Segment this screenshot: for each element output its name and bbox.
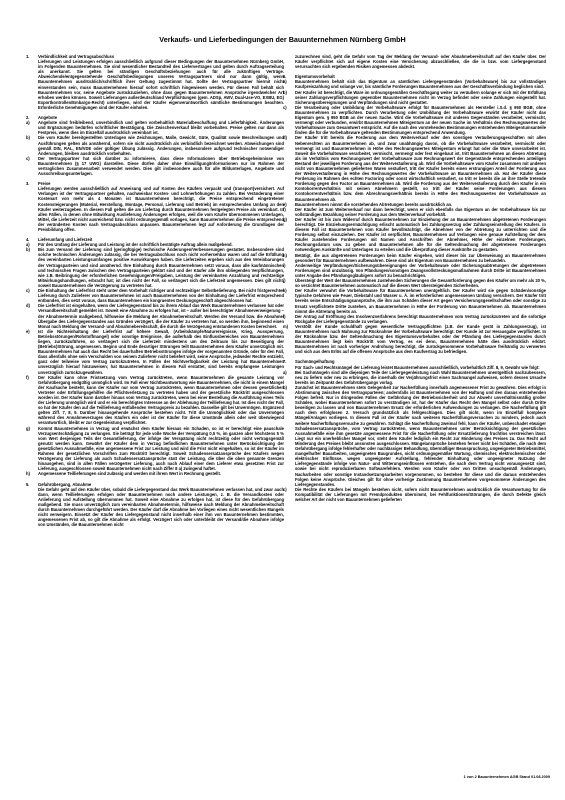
clause-text: Die vom Käufer bereitgestellten Unterlag… xyxy=(38,135,284,155)
clause-label: b) xyxy=(283,385,295,487)
clause-text: Der Antrag auf Eröffnung des Insolvenzve… xyxy=(295,314,546,324)
clause-label: h) xyxy=(283,253,295,263)
clause-text: Übersteigt der Wert der Bauunternehmen z… xyxy=(295,278,546,288)
clause-item: k)Der Käufer verwahrt die Vorbehaltsware… xyxy=(283,288,546,313)
clause-label: h) xyxy=(26,471,38,476)
clause-text: Kommt Bauunternehmen in Verzug und erwäc… xyxy=(38,426,284,472)
clause-text: Betätigt, die aus abgetretenen Forderung… xyxy=(295,253,546,263)
section-number: 5. xyxy=(26,482,38,487)
clause-item: j)Übersteigt der Wert der Bauunternehmen… xyxy=(283,278,546,288)
clause-label: b) xyxy=(26,135,38,155)
clause-text: Anderweitige Verpfändungen/Sicherungsübe… xyxy=(295,263,546,278)
clause-label: m) xyxy=(283,324,295,355)
clause-label: k) xyxy=(283,288,295,313)
section-paragraph: Die Gefahr geht auf den Käufer über, sob… xyxy=(26,487,284,528)
clause-text: Bauunternehmen behält sich das Eigentum … xyxy=(295,79,546,89)
clause-label: c) xyxy=(26,288,38,303)
section-7: 7.SachmängelhaftungFür Sach- und Rechtsm… xyxy=(283,359,546,502)
section-number: 7. xyxy=(283,359,295,364)
clause-label: d) xyxy=(26,303,38,328)
clause-label: j) xyxy=(283,278,295,288)
clause-text: Die Rechte des Käufers bei Mängeln beste… xyxy=(295,487,546,502)
clause-text: Bei Sachmängeln sind alle diejenigen Tei… xyxy=(295,370,546,385)
clause-text: Der Vertragspartner hat sich darüber zu … xyxy=(38,156,284,176)
clause-text: Der Käufer verwahrt die Vorbehaltsware f… xyxy=(295,288,546,313)
clause-item: h)Betätigt, die aus abgetretenen Forderu… xyxy=(283,253,546,263)
clause-item: g)Der Käufer ist bis zum Widerruf durch … xyxy=(283,217,546,253)
clause-text: Die Einhaltung der Lieferfrist steht unt… xyxy=(38,288,284,303)
clause-text: Der Käufer kann ohne Fristsetzung vom Ve… xyxy=(38,375,284,426)
clause-item: d)Die Lieferfrist ist eingehalten, wenn … xyxy=(26,303,284,328)
clause-item: c)Der Vertragspartner hat sich darüber z… xyxy=(26,156,284,176)
continuation-paragraph: zuzurechnen sind, geht die Gefahr vom Ta… xyxy=(283,54,546,69)
section-5: 5.Gefahrübergang, AbnahmeDie Gefahr geht… xyxy=(26,482,284,528)
clause-item: c)Die Einhaltung der Lieferfrist steht u… xyxy=(26,288,284,303)
clause-item: f)Der Käufer ist zum Weiterverkauf nur d… xyxy=(283,207,546,217)
clause-label: b) xyxy=(283,90,295,105)
clause-text: Zunächst ist Bauunternehmen stets Gelege… xyxy=(295,385,546,487)
clause-label: g) xyxy=(283,217,295,253)
clause-label: c) xyxy=(283,105,295,136)
clause-item: h)Angemessene Teillieferungen sind zuläs… xyxy=(26,471,284,476)
section-1: 1.Verbindlichkeit und VertragsabschlussL… xyxy=(26,54,284,110)
clause-item: c)Die Rechte des Käufers bei Mängeln bes… xyxy=(283,487,546,502)
clause-item: a)Bei Sachmängeln sind alle diejenigen T… xyxy=(283,370,546,385)
section-4: 4.Lieferumfang und Lieferzeita)Für den U… xyxy=(26,237,284,476)
section-paragraph: Lieferungen und Leistungen erfolgen auss… xyxy=(26,59,284,110)
section-3: 3.PreiseLieferungen werden ausschließlic… xyxy=(26,181,284,232)
clause-label: i) xyxy=(283,263,295,278)
clause-text: Angebote sind freibleibend, unverbindlic… xyxy=(38,120,284,135)
section-heading: 7.Sachmängelhaftung xyxy=(283,359,546,364)
clause-text: Angemessene Teillieferungen sind zulässi… xyxy=(38,471,284,476)
clause-label: c) xyxy=(283,487,295,502)
clause-item: f)Der Käufer kann ohne Fristsetzung vom … xyxy=(26,375,284,426)
clause-item: g)Kommt Bauunternehmen in Verzug und erw… xyxy=(26,426,284,472)
clause-item: d)Der Käufer tritt bereits die Forderung… xyxy=(283,135,546,201)
clause-text: Der Käufer tritt bereits die Forderung a… xyxy=(295,135,546,201)
section-2: 2.Angebotea)Angebote sind freibleibend, … xyxy=(26,115,284,176)
clause-label: f) xyxy=(283,207,295,217)
clause-item: b)Die vom Käufer bereitgestellten Unterl… xyxy=(26,135,284,155)
document-title: Verkaufs- und Lieferbedingungen der Bauu… xyxy=(0,35,565,44)
clause-label: g) xyxy=(26,426,38,472)
clause-text: Bis zum Versand der Lieferung sind (geri… xyxy=(38,247,284,288)
clause-text: Die Lieferfrist ist eingehalten, wenn de… xyxy=(38,303,284,328)
clause-item: m)Verstößt der Kunde schuldhaft gegen we… xyxy=(283,324,546,355)
clause-text: Der Käufer ist berechtigt, die Ware im o… xyxy=(295,90,546,105)
clause-label: c) xyxy=(26,156,38,176)
clause-item: b)Der Käufer ist berechtigt, die Ware im… xyxy=(283,90,546,105)
section-paragraph: Lieferungen werden ausschließlich auf An… xyxy=(26,186,284,232)
section-title: Sachmängelhaftung xyxy=(295,359,546,364)
clause-label: a) xyxy=(283,370,295,385)
clause-item: b)Zunächst ist Bauunternehmen stets Gele… xyxy=(283,385,546,487)
clause-text: Die Verarbeitung oder Umbildung der Vorb… xyxy=(295,105,546,136)
clause-label: a) xyxy=(283,79,295,89)
clause-text: Der Käufer ist bis zum Widerruf durch Ba… xyxy=(295,217,546,253)
section-heading: 5.Gefahrübergang, Abnahme xyxy=(26,482,284,487)
clause-text: Der Käufer ist zum Weiterverkauf nur dan… xyxy=(295,207,546,217)
section-6: 6.Eigentumsvorbehalta)Bauunternehmen beh… xyxy=(283,74,546,354)
right-column: zuzurechnen sind, geht die Gefahr vom Ta… xyxy=(283,54,546,507)
clause-item: a)Angebote sind freibleibend, unverbindl… xyxy=(26,120,284,135)
clause-item: i)Anderweitige Verpfändungen/Sicherungsü… xyxy=(283,263,546,278)
clause-item: l)Der Antrag auf Eröffnung des Insolvenz… xyxy=(283,314,546,324)
clause-label: f) xyxy=(26,375,38,426)
clause-text: Verstößt der Kunde schuldhaft gegen wese… xyxy=(295,324,546,355)
page-footer: 1 von 2 Bauunternehmen AGB Stand 01.08.2… xyxy=(420,775,550,779)
clause-item: a)Bauunternehmen behält sich das Eigentu… xyxy=(283,79,546,89)
clause-label: a) xyxy=(26,120,38,135)
clause-item: e)Ist die Nichteinhaltung der Lieferfris… xyxy=(26,329,284,375)
section-number: 1. xyxy=(26,54,38,59)
clause-label: l) xyxy=(283,314,295,324)
clause-text: Ist die Nichteinhaltung der Lieferfrist … xyxy=(38,329,284,375)
section-title: Gefahrübergang, Abnahme xyxy=(38,482,284,487)
left-column: 1.Verbindlichkeit und VertragsabschlussL… xyxy=(26,54,284,532)
clause-label: e) xyxy=(26,329,38,375)
clause-label: b) xyxy=(26,247,38,288)
clause-label: d) xyxy=(283,135,295,201)
section-number: 3. xyxy=(26,181,38,186)
clause-item: c)Die Verarbeitung oder Umbildung der Vo… xyxy=(283,105,546,136)
clause-item: b)Bis zum Versand der Lieferung sind (ge… xyxy=(26,247,284,288)
